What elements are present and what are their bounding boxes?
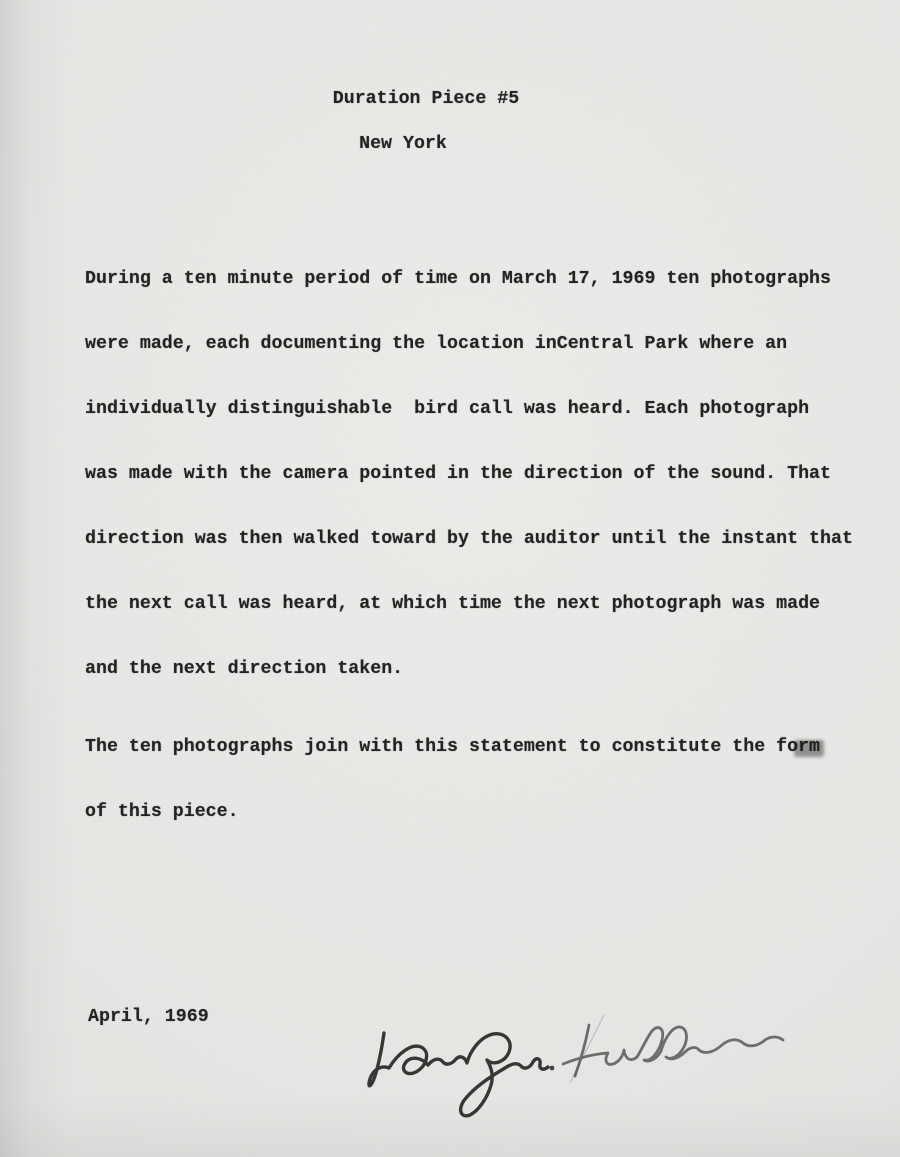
signature-stroke-last-name: [563, 1025, 783, 1076]
body-line: the next call was heard, at which time t…: [85, 572, 853, 637]
document-body: During a ten minute period of time on Ma…: [85, 247, 853, 845]
signature-pen-dot: [550, 1066, 555, 1071]
handwritten-signature: [358, 1013, 798, 1133]
body-line: direction was then walked toward by the …: [85, 507, 853, 572]
body-line: and the next direction taken.: [85, 637, 853, 702]
document-date: April, 1969: [88, 1004, 209, 1030]
body-line: of this piece.: [85, 780, 853, 845]
ink-smudge: [794, 740, 824, 757]
paragraph-2: The ten photographs join with this state…: [85, 715, 853, 845]
document-title: Duration Piece #5: [0, 86, 876, 112]
body-line: was made with the camera pointed in the …: [85, 442, 853, 507]
body-line: were made, each documenting the location…: [85, 312, 853, 377]
document-location: New York: [0, 131, 853, 157]
document-page: Duration Piece #5 New York During a ten …: [0, 0, 900, 1157]
signature-stroke-first-name: [369, 1033, 548, 1116]
paragraph-1: During a ten minute period of time on Ma…: [85, 247, 853, 702]
body-line: The ten photographs join with this state…: [85, 715, 853, 780]
body-line: During a ten minute period of time on Ma…: [85, 247, 853, 312]
body-line: individually distinguishable bird call w…: [85, 377, 853, 442]
